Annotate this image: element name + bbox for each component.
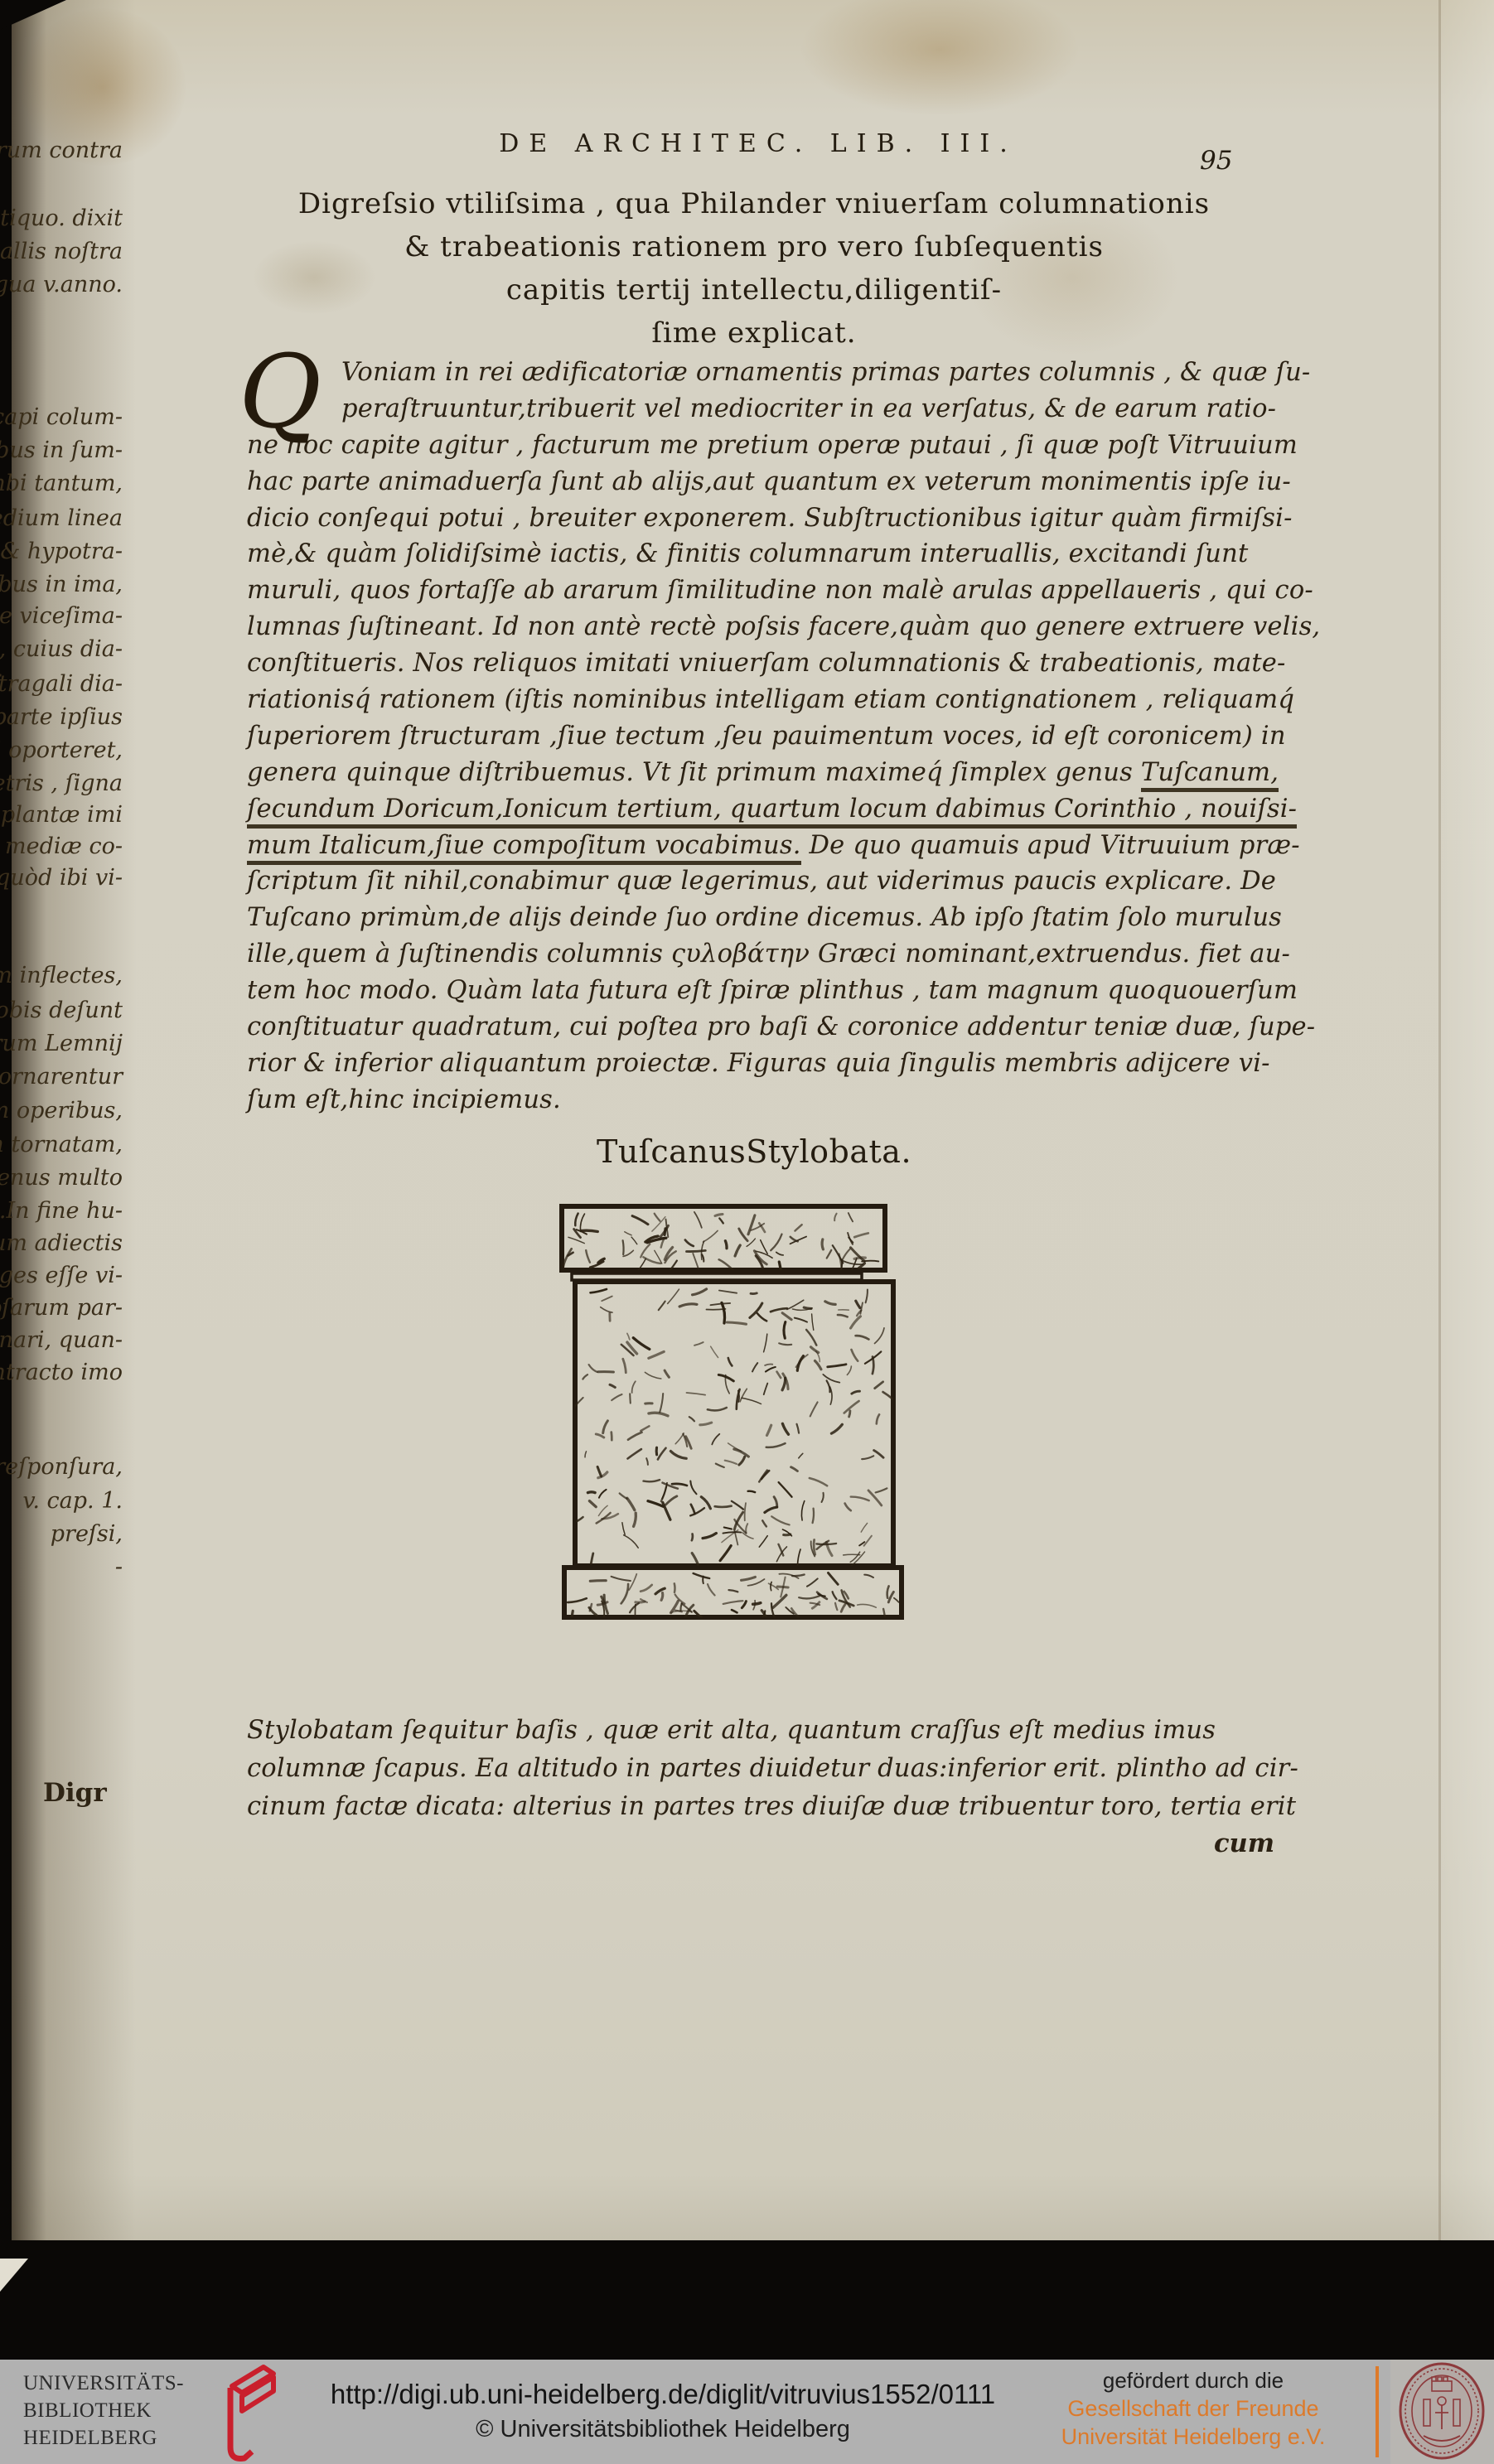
running-title: DE ARCHITEC. LIB. III. [249,129,1268,158]
paragraph-line: muruli, quos fortaſſe ab ararum ſimilitu… [247,573,1283,609]
margin-note-fragment: arum Lemnij [0,1032,123,1055]
margin-note-fragment: ontracto imo [0,1361,123,1384]
margin-note-fragment: ngua v.anno. [0,273,123,296]
margin-note-fragment: e tornarentur [0,1065,123,1088]
margin-note-fragment: edium linea [0,507,123,529]
library-name: UNIVERSITÄTS-BIBLIOTHEKHEIDELBERG [23,2370,184,2452]
margin-note-fragment: s & hypotra- [0,540,123,563]
margin-note-fragment: tum adiectis [0,1232,123,1254]
margin-notes: narum contraantiquo. dixiteruallis noſtr… [0,0,126,2240]
chapter-title-line: Digreſsio vtiliſsima , qua Philander vni… [224,182,1284,225]
margin-note-fragment: abus in ima, [0,573,123,596]
funding-note: gefördert durch die Gesellschaft der Fre… [1019,2366,1367,2451]
catchword: cum [247,1826,1283,1861]
stylobate-woodcut [539,1201,911,1624]
facing-page-catchword: Digr [43,1778,107,1808]
footer-bar: UNIVERSITÄTS-BIBLIOTHEKHEIDELBERG http:/… [0,2360,1494,2464]
margin-note-fragment: Scapi colum- [0,406,123,428]
paragraph-line: hac parte animaduerſa ſunt ab alijs,aut … [247,464,1283,500]
next-page-sliver [0,2259,28,2292]
university-seal-icon [1390,2360,1494,2464]
paragraph-line: rior & inferior aliquantum proiectæ. Fig… [247,1046,1283,1082]
paragraph-line: ille,quem à ſuſtinendis columnis ςυλοβάτ… [247,936,1283,973]
margin-note-fragment: o reſponſura, [0,1456,123,1478]
funding-org-line: Universität Heidelberg e.V. [1019,2423,1367,2451]
orange-divider [1376,2366,1379,2457]
margin-note-fragment: - [115,1556,123,1578]
paragraph-line: dicio conſequi potui , breuiter exponere… [247,500,1283,537]
margin-note-fragment: eruallis noſtra [0,240,123,263]
chapter-title-line: & trabeationis rationem pro vero ſubſequ… [224,225,1284,268]
margin-note-fragment: imbi tantum, [0,472,123,495]
digitized-book-page: narum contraantiquo. dixiteruallis noſtr… [0,0,1494,2464]
margin-note-fragment: genus multo [0,1167,123,1189]
margin-note-fragment: ita mediæ co- [0,835,123,858]
margin-note-fragment: preſsi, [51,1523,123,1545]
paragraph-line: conſtituatur quadratum, cui poſtea pro b… [247,1009,1283,1046]
paragraph-line: mè,& quàm ſolidiſsimè iactis, & finitis … [247,536,1283,573]
url-block: http://digi.ub.uni-heidelberg.de/diglit/… [273,2376,1052,2446]
margin-note-fragment: antiquo. dixit [0,207,123,229]
paragraph-line: ſuperiorem ſtructuram ,ſiue tectum ,ſeu … [247,718,1283,755]
paragraph-line: Voniam in rei ædificatoriæ ornamentis pr… [247,355,1283,391]
margin-note-fragment: rum operibus, [0,1099,123,1122]
paragraph-line: lumnas ſuſtineant. Id non antè rectè poſ… [247,609,1283,645]
margin-note-fragment: metris , ſigna [0,772,123,795]
margin-note-fragment: abus in ſum- [0,439,123,461]
body-paragraph: Q Voniam in rei ædificatoriæ ornamentis … [247,355,1283,1118]
library-name-line: UNIVERSITÄTS- [23,2370,184,2397]
closing-line: columnæ ſcapus. Ea altitudo in partes di… [247,1750,1283,1788]
paragraph-line: ſcriptum ſit nihil,conabimur quæ legerim… [247,863,1283,900]
margin-note-fragment: pſarum par- [0,1297,123,1319]
margin-note-fragment: rte viceſima- [0,605,123,627]
page-number: 95 [1200,146,1232,176]
paragraph-line: peraſtruuntur,tribuerit vel mediocriter … [247,391,1283,428]
margin-note-fragment: ri.In fine hu- [0,1200,123,1222]
margin-note-fragment: it, cuius dia- [0,638,123,660]
document-url[interactable]: http://digi.ub.uni-heidelberg.de/diglit/… [273,2376,1052,2413]
margin-note-fragment: aſtragali dia- [0,673,123,695]
hatching [572,1289,892,1567]
paragraph-line: tem hoc modo. Quàm lata futura eſt ſpiræ… [247,973,1283,1009]
drop-cap-initial: Q [239,341,322,442]
paragraph-line: riationisq́ rationem (iſtis nominibus in… [247,682,1283,718]
copyright-text: © Universitätsbibliothek Heidelberg [273,2413,1052,2446]
paragraph-line: ſecundum Doricum,Ionicum tertium, quartu… [247,791,1283,828]
margin-note-fragment: v. cap. 1. [22,1490,123,1512]
margin-note-fragment: narum contra [0,139,123,162]
paragraph-line: ſum eſt,hinc incipiemus. [247,1082,1283,1118]
funding-prefix: gefördert durch die [1019,2366,1367,2394]
woodcut-cornice-fillet [572,1273,862,1280]
page-fold-crease [1438,0,1441,2240]
margin-note-fragment: ſum inflectes, [0,964,123,987]
margin-note-fragment: ro parte ipſius [0,706,123,728]
catchword-text: cum [1214,1829,1274,1858]
paragraph-line: ne hoc capite agitur , facturum me preti… [247,428,1283,464]
funding-org-line: Gesellschaft der Freunde [1019,2394,1367,2423]
margin-note-fragment: iges eſſe vi- [0,1264,123,1287]
chapter-title-line: capitis tertij intellectu,diligentiſ- [224,268,1284,312]
library-name-line: BIBLIOTHEK [23,2397,184,2424]
margin-note-fragment: um tornatam, [0,1133,123,1156]
paragraph-line: Tuſcano primùm,de alijs deinde ſuo ordin… [247,900,1283,936]
figure-caption: TuſcanusStylobata. [224,1133,1284,1170]
woodcut-cornice [562,1206,885,1270]
margin-note-fragment: inari, quan- [0,1329,123,1351]
paragraph-line: genera quinque diſtribuemus. Vt ſit prim… [247,755,1283,791]
paragraph-line: conſtitueris. Nos reliquos imitati vniue… [247,645,1283,682]
paragraph-line: mum Italicum,ſiue compoſitum vocabimus. … [247,828,1283,864]
paper-stain [799,0,1081,116]
chapter-title: Digreſsio vtiliſsima , qua Philander vni… [224,182,1284,355]
closing-paragraph: Stylobatam ſequitur baſis , quæ erit alt… [247,1712,1283,1826]
ub-logo-icon [199,2361,285,2464]
closing-line: cinum factæ dicata: alterius in partes t… [247,1788,1283,1826]
margin-note-fragment: e plantæ imi [0,804,123,826]
closing-line: Stylobatam ſequitur baſis , quæ erit alt… [247,1712,1283,1750]
margin-note-fragment: ,quòd ibi vi- [0,867,123,889]
margin-note-fragment: eri oporteret, [0,739,123,761]
chapter-title-line: ſime explicat. [224,312,1284,355]
seal-panel [1390,2360,1494,2464]
library-name-line: HEIDELBERG [23,2424,184,2452]
margin-note-fragment: nobis deſunt [0,999,123,1022]
